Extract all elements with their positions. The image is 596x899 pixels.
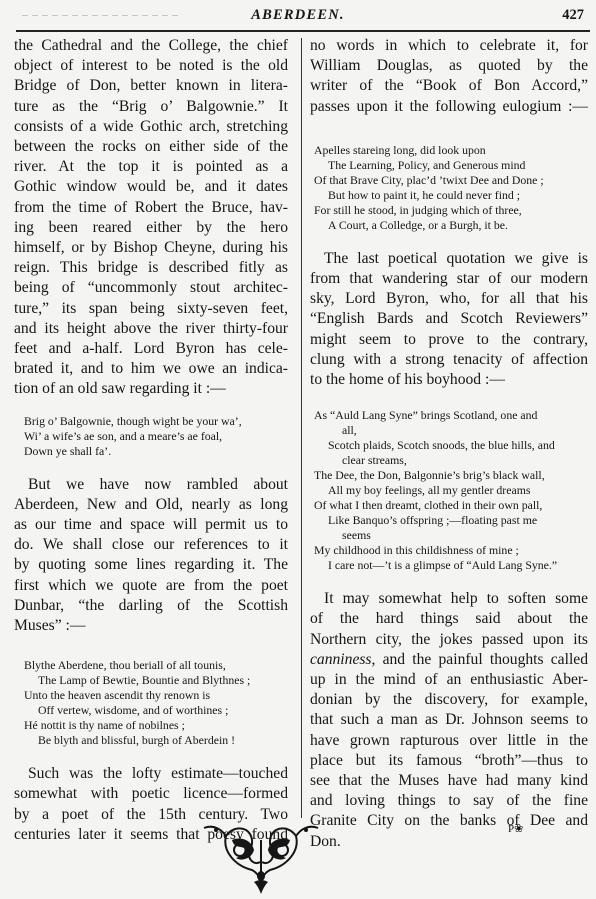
paragraph-rambled: But we have now rambled about Aberdeen, … [14,475,288,637]
text-line: sky, Lord Byron, who, for all that his [310,289,588,309]
verse-line: I care not—’t is a glimpse of “Auld Lang… [310,558,588,573]
text-line: Northern city, the jokes passed upon its [310,630,588,650]
verse-line: Hé nottit is thy name of nobilnes ; [24,718,288,733]
verse-apelles: Apelles stareing long, did look upon The… [310,143,588,233]
text-line: Such was the lofty estimate—touched [14,764,288,784]
text-line: But we have now rambled about [14,475,288,495]
verse-line: Of that Brave City, plac’d ’twixt Dee an… [310,173,588,188]
text-line: brated it, and to him we owe an indica- [14,359,288,379]
header-rule [16,30,590,32]
text-line: and loving things to say of the fine [310,791,588,811]
verse-line: Wi’ a wife’s ae son, and a meare’s ae fo… [24,429,288,444]
left-column: the Cathedral and the College, the chief… [14,36,288,845]
text-line: The last poetical quotation we give is [310,249,588,269]
text-line: Muses” :— [14,616,288,636]
column-divider [301,38,302,818]
running-title: ABERDEEN. [0,7,596,24]
verse-line: Apelles stareing long, did look upon [310,143,588,158]
verse-line: As “Auld Lang Syne” brings Scotland, one… [310,408,588,423]
text-line: ture as the “Brig o’ Balgownie.” It [14,97,288,117]
verse-line: But how to paint it, he could never find… [310,188,588,203]
text-line: being of “uncommonly stout architec- [14,278,288,298]
text-line: as our time and space will permit us to [14,515,288,535]
right-column: no words in which to celebrate it, for W… [310,36,588,852]
text-line: first which we quote are from the poet [14,576,288,596]
text-line: between the rocks on either side of the [14,137,288,157]
running-header: ABERDEEN. 427 [0,6,596,26]
text-line: himself, or by Bishop Cheyne, during his [14,238,288,258]
text-line: feet and a-half. Lord Byron has cele- [14,339,288,359]
book-page: ABERDEEN. 427 the Cathedral and the Coll… [0,0,596,899]
text-line: Bridge of Don, better known in litera- [14,76,288,96]
text-line: object of interest to be noted is the ol… [14,56,288,76]
verse-line: For still he stood, in judging which of … [310,203,588,218]
verse-line: Down ye shall fa’. [24,444,288,459]
verse-line: The Dee, the Don, Balgonnie’s brig’s bla… [310,468,588,483]
verse-auld-lang-syne: As “Auld Lang Syne” brings Scotland, one… [310,408,588,573]
text-line: reign. This bridge is described fitly as [14,258,288,278]
verse-line: all, [310,423,588,438]
text-line: by quoting some lines regarding it. The [14,555,288,575]
text-line: up in the mind of an enthusiastic Aber- [310,670,588,690]
paragraph-canniness: It may somewhat help to soften some of t… [310,589,588,852]
text-line: Dunbar, “the darling of the Scottish [14,596,288,616]
verse-line: seems [310,528,588,543]
text-line: somewhat with poetic licence—formed [14,784,288,804]
text-line: writer of the “Book of Bon Accord,” [310,76,588,96]
verse-line: The Learning, Policy, and Generous mind [310,158,588,173]
verse-line: Scotch plaids, Scotch snoods, the blue h… [310,438,588,453]
verse-line: All my boy feelings, all my gentler drea… [310,483,588,498]
text-line: Gothic window would be, and it dates [14,177,288,197]
text-line: do. We shall close our references to it [14,535,288,555]
verse-line: The Lamp of Bewtie, Bountie and Blythnes… [24,673,288,688]
text-line: have grown rapturous over little in the [310,731,588,751]
text-line: might seem to prove to the contrary, [310,330,588,350]
verse-line: Brig o’ Balgownie, though wight be your … [24,414,288,429]
verse-line: A Court, a Colledge, or a Burgh, it be. [310,218,588,233]
text-line: donian by the discovery, for example, [310,690,588,710]
page-number: 427 [562,7,584,24]
text-line: place but its famous “broth”—thus to [310,751,588,771]
signature-mark: P❀ [508,822,523,835]
verse-line: Unto the heaven ascendit thy renown is [24,688,288,703]
text-line: tion of an old saw regarding it :— [14,379,288,399]
text-line: Aberdeen, New and Old, nearly as long [14,495,288,515]
text-fragment: , and the painful thoughts called [372,651,589,668]
verse-dunbar: Blythe Aberdene, thou beriall of all tou… [24,658,288,748]
paragraph-william-douglas: no words in which to celebrate it, for W… [310,36,588,117]
text-line: ing been reared either by the hero [14,218,288,238]
paragraph-lord-byron: The last poetical quotation we give is f… [310,249,588,390]
verse-line: Off vertew, wisdome, and of worthines ; [24,703,288,718]
verse-line: Of what I then dreamt, clothed in their … [310,498,588,513]
verse-line: Be blyth and blissful, burgh of Aberdein… [24,733,288,748]
text-line: Don. [310,832,588,852]
text-line: consists of a wide Gothic arch, stretchi… [14,117,288,137]
text-line: the Cathedral and the College, the chief [14,36,288,56]
verse-line: Like Banquo’s offspring ;—floating past … [310,513,588,528]
verse-line: Blythe Aberdene, thou beriall of all tou… [24,658,288,673]
text-line: of the hard things said about the [310,609,588,629]
text-line: clung with a strong tenacity of affectio… [310,350,588,370]
text-line: from that wandering star of our modern [310,269,588,289]
text-line: It may somewhat help to soften some [310,589,588,609]
text-line: no words in which to celebrate it, for [310,36,588,56]
text-line: “English Bards and Scotch Reviewers” [310,309,588,329]
text-line: and its height above the river thirty-fo… [14,319,288,339]
text-line: that such a man as Dr. Johnson seems to [310,710,588,730]
text-line: ture,” its span being sixty-seven feet, [14,299,288,319]
text-line: William Douglas, as quoted by the [310,56,588,76]
paragraph-bridge-of-don: the Cathedral and the College, the chief… [14,36,288,400]
text-line: to the home of his boyhood :— [310,370,588,390]
text-line: Granite City on the banks of Dee and [310,811,588,831]
verse-old-saw: Brig o’ Balgownie, though wight be your … [24,414,288,459]
text-line: from the time of Robert the Bruce, hav- [14,198,288,218]
italic-word-canniness: canniness [310,651,372,668]
verse-line: clear streams, [310,453,588,468]
tailpiece-ornament-icon [196,822,326,896]
text-line: passes upon it the following eulogium :— [310,97,588,117]
text-line: see that the Muses have had many kind [310,771,588,791]
verse-line: My childhood in this childishness of min… [310,543,588,558]
text-line: canniness, and the painful thoughts call… [310,650,588,670]
text-line: river. At the top it is pointed as a [14,157,288,177]
